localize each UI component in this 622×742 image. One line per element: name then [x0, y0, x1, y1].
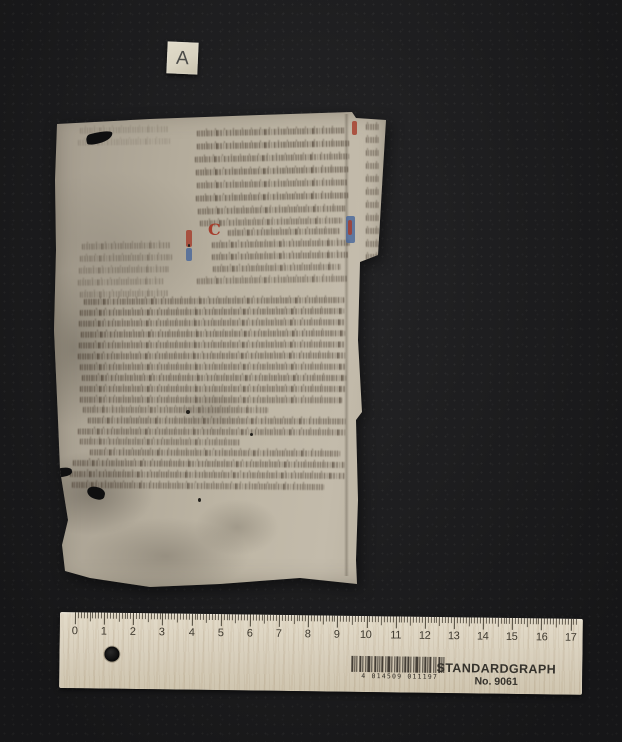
- ruler-tick: [466, 617, 467, 623]
- script-line: [212, 240, 350, 248]
- ruler-tick: [463, 617, 464, 623]
- script-line: [196, 192, 348, 201]
- ruler-tick: [270, 615, 271, 621]
- ruler-tick: [390, 616, 391, 622]
- ruler-number: 3: [159, 626, 165, 638]
- ruler-tick: [189, 614, 190, 620]
- ruler-tick: [261, 615, 262, 621]
- script-line: [196, 166, 348, 175]
- ruler-tick: [544, 618, 545, 624]
- ruler-tick: [410, 617, 411, 626]
- ruler-tick: [238, 614, 239, 620]
- ruler-tick: [401, 616, 402, 622]
- ruler-tick: [480, 617, 481, 623]
- ruler-tick: [282, 615, 283, 621]
- script-line: [197, 127, 345, 136]
- ruler-tick: [530, 618, 531, 624]
- script-line: [366, 241, 379, 247]
- ruler-tick: [127, 613, 128, 619]
- barcode-bar: [413, 657, 414, 673]
- ruler-tick: [215, 614, 216, 620]
- ruler-tick: [457, 617, 458, 623]
- ruler-tick: [527, 618, 528, 627]
- ruler-tick: [349, 616, 350, 622]
- ruler-number: 0: [72, 625, 78, 637]
- ruler-tick: [361, 616, 362, 622]
- ruler-tick: [358, 616, 359, 622]
- ruler-tick: [498, 618, 499, 627]
- script-line: [80, 254, 172, 262]
- ruler-tick: [413, 617, 414, 623]
- ruler-tick: [518, 618, 519, 624]
- ruler-tick: [162, 613, 163, 625]
- ruler-number: 6: [247, 627, 253, 639]
- ruler-tick: [136, 613, 137, 619]
- ruler-tick: [474, 617, 475, 623]
- ruler-tick: [369, 616, 370, 622]
- ruler-number: 2: [130, 626, 136, 638]
- script-line: [82, 242, 170, 250]
- script-line: [366, 150, 379, 156]
- wormhole-speck: [250, 433, 253, 436]
- script-line: [366, 228, 379, 234]
- ruler-tick: [568, 619, 569, 625]
- label-tile-letter: A: [176, 48, 190, 68]
- ruler-tick: [416, 617, 417, 623]
- ruler-tick: [174, 613, 175, 619]
- ruler-number: 8: [305, 628, 311, 640]
- script-line: [366, 163, 379, 169]
- ruler-tick: [171, 613, 172, 619]
- ruler-tick: [495, 618, 496, 624]
- rubric-mark-red: [352, 121, 357, 135]
- barcode-bar: [419, 657, 420, 673]
- ruler-tick: [157, 613, 158, 619]
- ruler-tick: [267, 615, 268, 621]
- ruler-tick: [241, 614, 242, 620]
- ruler-number: 14: [477, 630, 489, 642]
- barcode-bar: [359, 656, 361, 672]
- barcode-bar: [402, 656, 403, 672]
- ruler-tick: [81, 612, 82, 618]
- ruler-tick: [471, 617, 472, 623]
- ruler-tick: [425, 617, 426, 629]
- ruler-tick: [451, 617, 452, 623]
- ruler-tick: [431, 617, 432, 623]
- ruler-tick: [395, 616, 396, 628]
- ruler-tick: [124, 613, 125, 619]
- ruler-tick: [320, 615, 321, 621]
- ruler-tick: [565, 619, 566, 625]
- ruler-number: 13: [448, 630, 460, 642]
- ruler-tick: [197, 614, 198, 620]
- ruler-tick: [512, 618, 513, 630]
- rubric-paraph-blue: [186, 248, 192, 261]
- ruler-tick: [148, 613, 149, 622]
- script-line: [197, 179, 347, 188]
- ruler-number: 1: [101, 626, 107, 638]
- ruler-tick: [428, 617, 429, 623]
- script-line: [80, 364, 346, 370]
- ruler-number: 5: [218, 627, 224, 639]
- ruler-tick: [247, 614, 248, 620]
- wormhole-speck: [188, 244, 190, 247]
- ruler-tick: [273, 615, 274, 621]
- ruler-tick: [203, 614, 204, 620]
- ruler-tick: [486, 618, 487, 624]
- script-line: [212, 252, 348, 260]
- ruler-tick: [180, 614, 181, 620]
- barcode-bars: [351, 656, 448, 657]
- wormhole-speck: [186, 410, 190, 414]
- model-number-label: No. 9061: [421, 675, 571, 689]
- barcode-bar: [374, 656, 376, 672]
- ruler-tick: [177, 614, 178, 623]
- script-line: [80, 386, 346, 392]
- script-line: [80, 397, 342, 403]
- ruler-hanging-hole: [104, 647, 119, 662]
- ruler-number: 16: [536, 631, 548, 643]
- ruler-tick: [305, 615, 306, 621]
- ruler-tick: [445, 617, 446, 623]
- ruler-tick: [87, 612, 88, 618]
- barcode-bar: [399, 656, 400, 672]
- ruler-tick: [547, 618, 548, 624]
- ruler-number: 11: [390, 629, 401, 641]
- ruler-number: 4: [189, 627, 195, 639]
- ruler-tick: [454, 617, 455, 629]
- ruler-tick: [95, 612, 96, 618]
- barcode-bar: [367, 656, 370, 672]
- ruler-number: 12: [419, 630, 431, 642]
- ruler-tick: [293, 615, 294, 624]
- ruler-tick: [183, 614, 184, 620]
- ruler-tick: [139, 613, 140, 619]
- ruler-tick: [384, 616, 385, 622]
- barcode-bar: [351, 656, 353, 672]
- ruler-tick: [378, 616, 379, 622]
- ruler-tick: [331, 616, 332, 622]
- ruler-tick: [206, 614, 207, 623]
- ruler-tick: [264, 615, 265, 624]
- script-line: [213, 264, 341, 272]
- ruler-tick: [145, 613, 146, 619]
- ruler-tick: [168, 613, 169, 619]
- ruler-tick: [323, 615, 324, 624]
- script-line: [366, 202, 379, 208]
- ruler-tick: [104, 613, 105, 625]
- manuscript-fragment: C: [50, 108, 390, 590]
- ruler-tick: [110, 613, 111, 619]
- ruler-tick: [553, 618, 554, 624]
- script-line: [200, 218, 342, 227]
- ruler-tick: [372, 616, 373, 622]
- script-line: [197, 276, 347, 285]
- ruler-tick: [337, 616, 338, 628]
- script-line: [70, 471, 345, 479]
- ruler-tick: [535, 618, 536, 624]
- ruler-tick: [398, 616, 399, 622]
- ruler-number: 9: [334, 629, 340, 641]
- ruler-tick: [363, 616, 364, 622]
- ruler-tick: [515, 618, 516, 624]
- ruler-tick: [314, 615, 315, 621]
- ruler-tick: [407, 617, 408, 623]
- ruler-tick: [483, 618, 484, 630]
- ruler-tick: [550, 618, 551, 624]
- ruler-tick: [244, 614, 245, 620]
- script-line: [366, 215, 379, 221]
- ruler-tick: [352, 616, 353, 625]
- script-line: [82, 375, 346, 381]
- ruler-tick: [500, 618, 501, 624]
- barcode-bar: [407, 657, 409, 673]
- barcode-bar: [404, 657, 406, 673]
- ruler-tick: [334, 616, 335, 622]
- ruler-tick: [439, 617, 440, 626]
- script-line: [366, 254, 379, 260]
- illuminated-initial: C: [208, 222, 221, 238]
- ruler-tick: [84, 612, 85, 618]
- ruler-tick: [468, 617, 469, 626]
- ruler-tick: [573, 619, 574, 625]
- ruler-tick: [159, 613, 160, 619]
- script-line: [80, 439, 240, 446]
- ruler-tick: [259, 615, 260, 621]
- ruler-tick: [489, 618, 490, 624]
- ruler-tick: [308, 615, 309, 627]
- script-line: [81, 330, 345, 337]
- ruler-tick: [224, 614, 225, 620]
- barcode-bar: [371, 656, 372, 672]
- ruler-tick: [538, 618, 539, 624]
- ruler-tick: [562, 619, 563, 625]
- ruler-tick: [521, 618, 522, 624]
- ruler-tick: [524, 618, 525, 624]
- ruler-tick: [226, 614, 227, 620]
- ruler-tick: [229, 614, 230, 620]
- script-line: [366, 189, 379, 195]
- ruler-tick: [404, 617, 405, 623]
- ruler-tick: [154, 613, 155, 619]
- ruler-tick: [186, 614, 187, 620]
- script-line: [88, 418, 346, 425]
- ruler-tick: [253, 615, 254, 621]
- ruler-tick: [285, 615, 286, 621]
- ruler-tick: [419, 617, 420, 623]
- script-line: [366, 176, 379, 182]
- ruler-tick: [509, 618, 510, 624]
- script-line: [366, 124, 379, 130]
- script-line: [197, 140, 349, 149]
- label-tile: A: [166, 41, 198, 74]
- ruler-tick: [165, 613, 166, 619]
- ruler-number: 7: [276, 628, 282, 640]
- ruler-tick: [92, 612, 93, 618]
- script-line: [228, 228, 340, 236]
- ruler-tick: [279, 615, 280, 627]
- ruler-tick: [256, 615, 257, 621]
- ruler-tick: [122, 613, 123, 619]
- ruler-number: 15: [506, 631, 518, 643]
- script-line: [83, 407, 268, 413]
- barcode-bar: [362, 656, 363, 672]
- ruler-tick: [492, 618, 493, 624]
- ruler-tick: [326, 615, 327, 621]
- ruler-tick: [442, 617, 443, 623]
- ruler-tick: [340, 616, 341, 622]
- ruler-tick: [393, 616, 394, 622]
- ruler: 0 1 2 3 4 5 6 7 8 9 10 11 12 13 14 15 16…: [59, 612, 583, 695]
- ruler-tick: [422, 617, 423, 623]
- script-line: [366, 137, 379, 143]
- ruler-tick: [375, 616, 376, 622]
- ruler-number: 17: [565, 632, 577, 644]
- ruler-tick: [98, 613, 99, 619]
- ruler-tick: [276, 615, 277, 621]
- ruler-tick: [191, 614, 192, 626]
- ruler-tick: [576, 619, 577, 625]
- ruler-tick: [299, 615, 300, 621]
- ruler-tick: [78, 612, 79, 618]
- ruler-tick: [151, 613, 152, 619]
- ruler-tick: [75, 612, 76, 624]
- barcode-bar: [356, 656, 357, 672]
- barcode-bar: [387, 656, 390, 672]
- ruler-tick: [218, 614, 219, 620]
- script-line: [80, 308, 344, 316]
- ruler-tick: [194, 614, 195, 620]
- photo-backdrop: A C 0 1 2 3 4 5 6 7 8 9: [0, 0, 622, 742]
- barcode-bar: [415, 657, 418, 673]
- ruler-tick: [113, 613, 114, 619]
- script-line: [73, 460, 345, 468]
- barcode-bar: [391, 656, 392, 672]
- ruler-tick: [460, 617, 461, 623]
- script-line: [79, 342, 345, 349]
- script-line: [79, 319, 345, 326]
- ruler-tick: [209, 614, 210, 620]
- script-line: [78, 278, 164, 286]
- script-line: [195, 153, 349, 162]
- rubric-initial-red: [348, 220, 352, 235]
- ruler-tick: [570, 619, 571, 631]
- ruler-tick: [200, 614, 201, 620]
- ruler-tick: [291, 615, 292, 621]
- ruler-tick: [235, 614, 236, 623]
- script-line: [78, 429, 346, 436]
- script-line: [78, 353, 346, 360]
- ruler-tick: [311, 615, 312, 621]
- ruler-number: 10: [360, 629, 372, 641]
- ruler-tick: [133, 613, 134, 625]
- ruler-tick: [366, 616, 367, 628]
- ruler-tick: [212, 614, 213, 620]
- ruler-tick: [503, 618, 504, 624]
- ruler-tick: [541, 618, 542, 630]
- ruler-tick: [448, 617, 449, 623]
- barcode-bar: [381, 656, 383, 672]
- ruler-tick: [556, 618, 557, 627]
- ruler-tick: [302, 615, 303, 621]
- ruler-tick: [343, 616, 344, 622]
- ruler-tick: [232, 614, 233, 620]
- ruler-tick: [101, 613, 102, 619]
- ruler-tick: [119, 613, 120, 622]
- ruler-tick: [317, 615, 318, 621]
- ruler-tick: [221, 614, 222, 626]
- ruler-tick: [381, 616, 382, 625]
- ruler-tick: [559, 619, 560, 625]
- ruler-tick: [387, 616, 388, 622]
- ruler-tick: [250, 614, 251, 626]
- script-line: [90, 449, 340, 456]
- ruler-tick: [296, 615, 297, 621]
- ruler-tick: [116, 613, 117, 619]
- script-line: [79, 266, 169, 274]
- ruler-tick: [288, 615, 289, 621]
- ruler-tick: [533, 618, 534, 624]
- script-line: [84, 297, 344, 305]
- parchment-leaf: C: [50, 108, 390, 590]
- script-line: [72, 482, 324, 490]
- wormhole-speck: [198, 498, 201, 502]
- ruler-tick: [477, 617, 478, 623]
- barcode-bar: [410, 657, 411, 673]
- ruler-tick: [142, 613, 143, 619]
- ruler-tick: [355, 616, 356, 622]
- ruler-tick: [433, 617, 434, 623]
- ruler-tick: [436, 617, 437, 623]
- ruler-tick: [346, 616, 347, 622]
- barcode-bar: [396, 656, 398, 672]
- script-line: [198, 205, 346, 214]
- ruler-tick: [130, 613, 131, 619]
- ruler-tick: [328, 616, 329, 622]
- ruler-tick: [89, 612, 90, 621]
- ruler-tick: [107, 613, 108, 619]
- ruler-tick: [506, 618, 507, 624]
